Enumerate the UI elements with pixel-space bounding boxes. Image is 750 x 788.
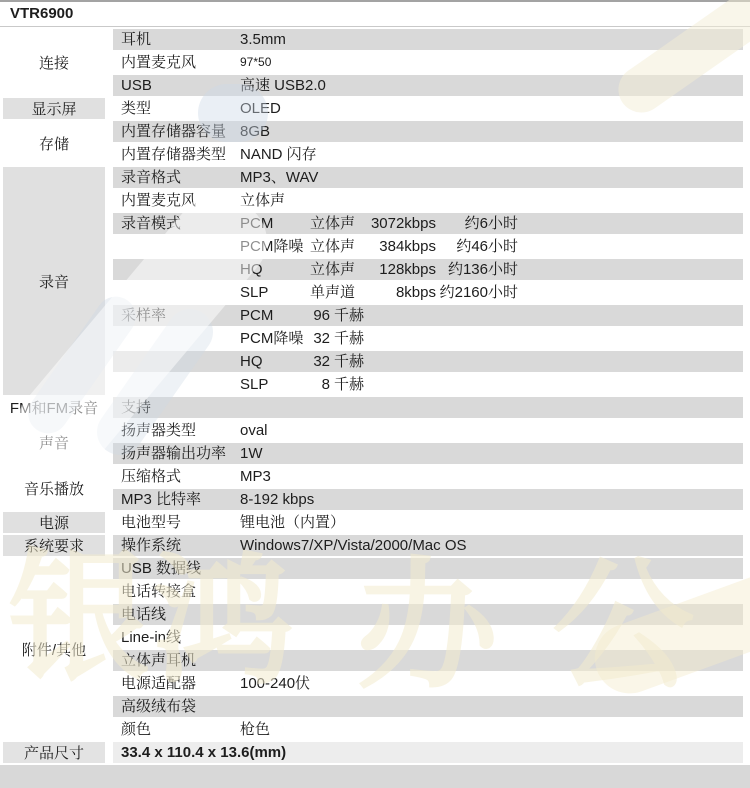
bitrate-cell: 384kbps [363, 236, 436, 257]
duration-cell: 约46小时 [436, 236, 518, 257]
category-cell: 音乐播放 [3, 466, 105, 510]
spec-value: Windows7/XP/Vista/2000/Mac OS [240, 535, 743, 556]
rate-value: 32 [310, 328, 330, 349]
spec-name: 颜色 [121, 719, 240, 740]
spec-row: 耳机3.5mm [113, 29, 743, 50]
section: FM和FM录音支持 [3, 397, 743, 420]
section: 系统要求操作系统Windows7/XP/Vista/2000/Mac OS [3, 535, 743, 558]
spec-name: USB 数据线 [121, 558, 240, 579]
spec-row: 操作系统Windows7/XP/Vista/2000/Mac OS [113, 535, 743, 556]
spec-name: 电话线 [121, 604, 240, 625]
duration-cell: 约136小时 [436, 259, 518, 280]
spec-name: USB [121, 75, 240, 96]
spec-name: 扬声器类型 [121, 420, 240, 441]
spec-value: MP3、WAV [240, 167, 743, 188]
spec-row: 电源适配器100-240伏 [113, 673, 743, 694]
rate-unit: 千赫 [330, 305, 364, 326]
spec-name: 类型 [121, 98, 240, 119]
rate-value: 8 [310, 374, 330, 395]
section: 附件/其他USB 数据线电话转接盒电话线Line-in线立体声耳机电源适配器10… [3, 558, 743, 742]
section: 录音录音格式MP3、WAV内置麦克风立体声录音模式PCM立体声3072kbps约… [3, 167, 743, 397]
spec-name: 采样率 [121, 305, 240, 326]
spec-row: 录音模式PCM立体声3072kbps约6小时 [113, 213, 743, 234]
spec-row: 压缩格式MP3 [113, 466, 743, 487]
section: 音乐播放压缩格式MP3MP3 比特率8-192 kbps [3, 466, 743, 512]
duration-cell: 约2160小时 [436, 282, 518, 303]
bitrate-cell: 3072kbps [363, 213, 436, 234]
spec-value: OLED [240, 98, 743, 119]
spec-row: USB 数据线 [113, 558, 743, 579]
spec-value: 高速 USB2.0 [240, 75, 743, 96]
spec-name: 内置麦克风 [121, 190, 240, 211]
spec-name: 33.4 x 110.4 x 13.6(mm) [121, 742, 240, 763]
spec-name: 操作系统 [121, 535, 240, 556]
channel-cell: 立体声 [310, 213, 363, 234]
spec-row: HQ32千赫 [113, 351, 743, 372]
spec-name: 录音模式 [121, 213, 240, 234]
mode-cell: SLP [240, 282, 310, 303]
channel-cell: 单声道 [310, 282, 363, 303]
category-cell: 电源 [3, 512, 105, 533]
spec-value: 97*50 [240, 52, 743, 73]
spec-value: 枪色 [240, 719, 743, 740]
mode-cell: HQ [240, 351, 310, 372]
spec-row: 电话线 [113, 604, 743, 625]
section: 连接耳机3.5mm内置麦克风97*50USB高速 USB2.0 [3, 29, 743, 98]
mode-cell: PCM降噪 [240, 328, 310, 349]
spec-name: 内置存储器容量 [121, 121, 240, 142]
spec-name: 高级绒布袋 [121, 696, 240, 717]
spec-row: 电池型号锂电池（内置） [113, 512, 743, 533]
spec-value: 锂电池（内置） [240, 512, 743, 533]
bottom-band [0, 765, 750, 788]
category-cell: FM和FM录音 [3, 397, 105, 418]
spec-row: SLP单声道8kbps约2160小时 [113, 282, 743, 303]
spec-row: 内置麦克风97*50 [113, 52, 743, 73]
spec-row: 内置麦克风立体声 [113, 190, 743, 211]
spec-row: 内置存储器容量8GB [113, 121, 743, 142]
mode-cell: SLP [240, 374, 310, 395]
spec-value: oval [240, 420, 743, 441]
spec-value: 8GB [240, 121, 743, 142]
spec-row: 电话转接盒 [113, 581, 743, 602]
category-cell: 附件/其他 [3, 558, 105, 740]
spec-row: 高级绒布袋 [113, 696, 743, 717]
mode-cell: PCM [240, 305, 310, 326]
spec-value: 3.5mm [240, 29, 743, 50]
bitrate-cell: 128kbps [363, 259, 436, 280]
spec-row: SLP8千赫 [113, 374, 743, 395]
section: 声音扬声器类型oval扬声器输出功率1W [3, 420, 743, 466]
spec-row: 录音格式MP3、WAV [113, 167, 743, 188]
spec-row: 颜色枪色 [113, 719, 743, 740]
spec-value: 8-192 kbps [240, 489, 743, 510]
rate-unit: 千赫 [330, 328, 364, 349]
spec-value: 立体声 [240, 190, 743, 211]
mode-cell: PCM降噪 [240, 236, 310, 257]
spec-value: 1W [240, 443, 743, 464]
spec-row: PCM降噪立体声384kbps约46小时 [113, 236, 743, 257]
spec-name: 录音格式 [121, 167, 240, 188]
spec-name: MP3 比特率 [121, 489, 240, 510]
spec-name: 电话转接盒 [121, 581, 240, 602]
spec-table: 连接耳机3.5mm内置麦克风97*50USB高速 USB2.0显示屏类型OLED… [0, 29, 750, 765]
spec-name: 内置存储器类型 [121, 144, 240, 165]
spec-name: 立体声耳机 [121, 650, 240, 671]
spec-name: 扬声器输出功率 [121, 443, 240, 464]
spec-row: Line-in线 [113, 627, 743, 648]
category-cell: 产品尺寸 [3, 742, 105, 763]
bitrate-cell: 8kbps [363, 282, 436, 303]
spec-row: 立体声耳机 [113, 650, 743, 671]
section: 电源电池型号锂电池（内置） [3, 512, 743, 535]
mode-cell: PCM [240, 213, 310, 234]
category-cell: 声音 [3, 420, 105, 464]
table-header: VTR6900 [0, 0, 750, 27]
spec-row: MP3 比特率8-192 kbps [113, 489, 743, 510]
page-title: VTR6900 [0, 2, 750, 26]
mode-cell: HQ [240, 259, 310, 280]
spec-row: PCM降噪32千赫 [113, 328, 743, 349]
channel-cell: 立体声 [310, 259, 363, 280]
spec-row: 类型OLED [113, 98, 743, 119]
spec-row: 33.4 x 110.4 x 13.6(mm) [113, 742, 743, 763]
section: 存储内置存储器容量8GB内置存储器类型NAND 闪存 [3, 121, 743, 167]
section: 显示屏类型OLED [3, 98, 743, 121]
rate-value: 96 [310, 305, 330, 326]
spec-name: Line-in线 [121, 627, 240, 648]
channel-cell: 立体声 [310, 236, 363, 257]
spec-name: 电源适配器 [121, 673, 240, 694]
rate-unit: 千赫 [330, 351, 364, 372]
spec-row: HQ立体声128kbps约136小时 [113, 259, 743, 280]
category-cell: 存储 [3, 121, 105, 165]
spec-name: 电池型号 [121, 512, 240, 533]
spec-row: 扬声器输出功率1W [113, 443, 743, 464]
spec-row: 内置存储器类型NAND 闪存 [113, 144, 743, 165]
spec-name: 支持 [121, 397, 240, 418]
section: 产品尺寸33.4 x 110.4 x 13.6(mm) [3, 742, 743, 765]
spec-row: 扬声器类型oval [113, 420, 743, 441]
spec-value: NAND 闪存 [240, 144, 743, 165]
category-cell: 连接 [3, 29, 105, 96]
category-cell: 显示屏 [3, 98, 105, 119]
rate-value: 32 [310, 351, 330, 372]
spec-value: MP3 [240, 466, 743, 487]
spec-row: USB高速 USB2.0 [113, 75, 743, 96]
category-cell: 录音 [3, 167, 105, 395]
duration-cell: 约6小时 [436, 213, 518, 234]
category-cell: 系统要求 [3, 535, 105, 556]
spec-name: 内置麦克风 [121, 52, 240, 73]
spec-row: 支持 [113, 397, 743, 418]
spec-name: 耳机 [121, 29, 240, 50]
spec-row: 采样率PCM96千赫 [113, 305, 743, 326]
spec-value: 100-240伏 [240, 673, 743, 694]
rate-unit: 千赫 [330, 374, 364, 395]
spec-name: 压缩格式 [121, 466, 240, 487]
